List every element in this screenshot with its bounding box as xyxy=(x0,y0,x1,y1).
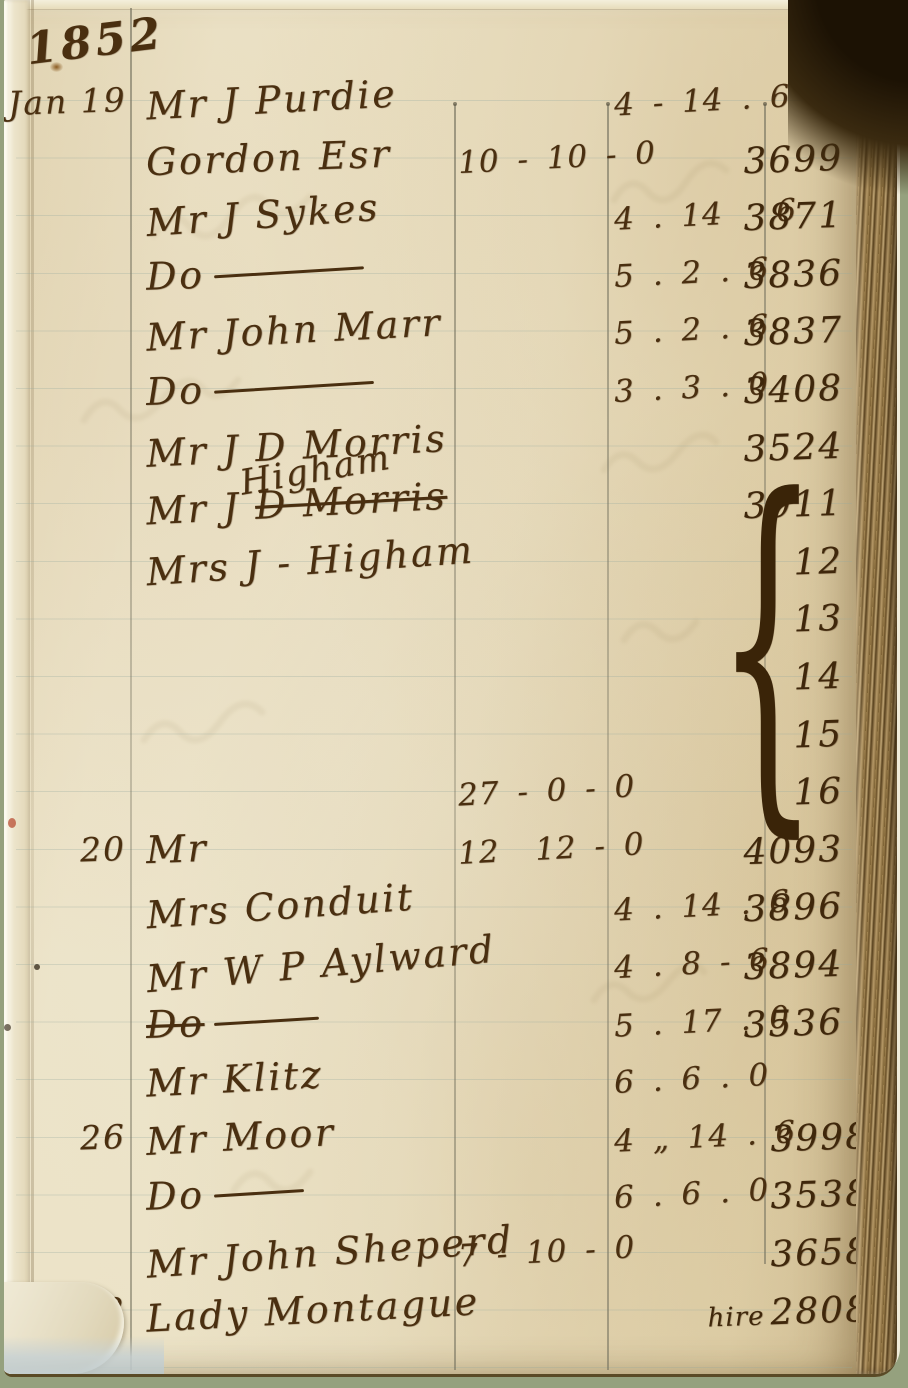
rule-top-dot xyxy=(606,102,610,106)
folio-number: 3536 . xyxy=(743,1000,871,1045)
folio-number: 3836 . xyxy=(743,252,871,297)
entry-name: Do xyxy=(145,997,320,1047)
entry-name: Gordon Esr xyxy=(145,131,392,184)
entry-folio: 3896 . xyxy=(689,885,870,932)
entry-folio: 3837 . xyxy=(689,309,870,356)
folio-number: 3871 . xyxy=(743,194,871,239)
book-fore-edge xyxy=(856,0,897,1374)
folio-prefix: hire xyxy=(707,1301,765,1333)
folio-number: 3896 . xyxy=(743,885,871,930)
entry-folio: 3894 . xyxy=(689,943,870,990)
pinhole xyxy=(4,1024,11,1031)
entry-folio: hire2808 xyxy=(689,1288,870,1335)
entry-name: Do xyxy=(145,362,375,414)
ditto-flourish xyxy=(214,380,374,392)
under-page-shadow xyxy=(4,1336,164,1374)
cash-column-rule-2 xyxy=(607,104,609,1370)
folio-number: 3699 . xyxy=(743,136,871,181)
folio-number: 3408 . xyxy=(743,367,871,412)
grouping-brace: { xyxy=(716,429,819,859)
folio-number: 3837 . xyxy=(743,309,871,354)
ledger-page-scan: 1852 Jan 19Mr J Purdie4 - 14 . 6 sGordon… xyxy=(0,0,908,1388)
folio-number: 3894 . xyxy=(743,943,871,988)
ditto-flourish xyxy=(214,1189,304,1197)
entry-folio: 3538 xyxy=(689,1173,870,1220)
entry-name: Mr xyxy=(145,826,209,872)
entry-date: Jan 19 xyxy=(7,80,126,123)
red-speck xyxy=(8,818,16,828)
entry-name: Do xyxy=(145,1170,305,1219)
cash-column-rule-1 xyxy=(454,104,456,1370)
ditto-flourish xyxy=(214,266,364,278)
entry-folio: 3536 . xyxy=(689,1000,870,1047)
account-book: 1852 Jan 19Mr J Purdie4 - 14 . 6 sGordon… xyxy=(4,0,897,1377)
date-column-rule xyxy=(130,8,132,1370)
ink-stain xyxy=(50,62,63,72)
entry-name-prefix: Mr J xyxy=(145,484,256,534)
ditto-flourish xyxy=(214,1016,319,1025)
entry-folio: 3871 . xyxy=(689,194,870,241)
entry-folio: 3836 . xyxy=(689,252,870,299)
rule-top-dot xyxy=(453,102,457,106)
entry-folio: 3408 . xyxy=(689,367,870,414)
entry-name: Do xyxy=(145,247,365,299)
entry-folio: 3699 . xyxy=(689,136,870,183)
entry-date: 26 xyxy=(7,1117,126,1160)
entry-folio: 3998 xyxy=(689,1116,870,1163)
pinhole xyxy=(34,964,40,970)
entry-date: 20 xyxy=(7,829,126,872)
entry-folio: 3658 xyxy=(689,1231,870,1278)
